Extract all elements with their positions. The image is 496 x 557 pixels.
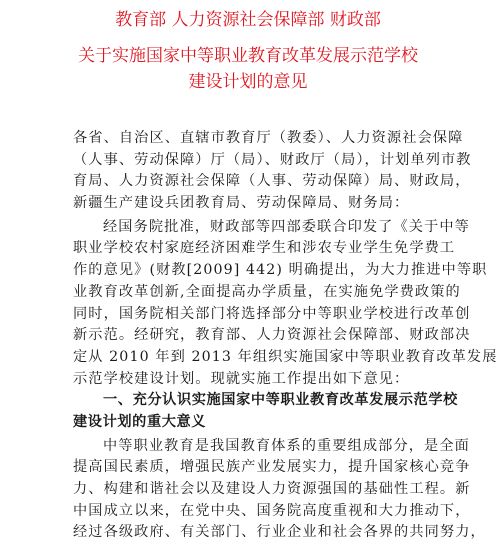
paragraph-intro: 经国务院批准，财政部等四部委联合印发了《关于中等 职业学校农村家庭经济困难学生和… bbox=[73, 217, 425, 391]
document-title-line-1: 关于实施国家中等职业教育改革发展示范学校 bbox=[0, 46, 496, 66]
paragraph-line: 提高国民素质，增强民族产业发展实力，提升国家核心竞争 bbox=[73, 457, 425, 479]
paragraph-line: 中等职业教育是我国教育体系的重要组成部分，是全面 bbox=[73, 436, 425, 458]
addressee-line: 各省、自治区、直辖市教育厅（教委）、人力资源社会保障 bbox=[73, 128, 425, 150]
addressee-block: 各省、自治区、直辖市教育厅（教委）、人力资源社会保障 （人事、劳动保障）厅（局）… bbox=[73, 128, 425, 215]
document-title-line-2: 建设计划的意见 bbox=[0, 72, 496, 92]
paragraph-line: 中国成立以来，在党中央、国务院高度重视和大力推动下， bbox=[73, 501, 425, 523]
paragraph-line: 定从 2010 年到 2013 年组织实施国家中等职业教育改革发展 bbox=[73, 347, 425, 369]
document-body: 各省、自治区、直辖市教育厅（教委）、人力资源社会保障 （人事、劳动保障）厅（局）… bbox=[73, 128, 425, 544]
paragraph-line: 示范学校建设计划。现就实施工作提出如下意见： bbox=[73, 369, 425, 391]
section-heading: 一、充分认识实施国家中等职业教育改革发展示范学校 bbox=[73, 390, 425, 412]
section-heading: 建设计划的重大意义 bbox=[73, 412, 425, 434]
paragraph-line: 业教育改革创新,全面提高办学质量，在实施免学费政策的 bbox=[73, 282, 425, 304]
paragraph-line: 新示范。经研究，教育部、人力资源社会保障部、财政部决 bbox=[73, 325, 425, 347]
paragraph-line: 职业学校农村家庭经济困难学生和涉农专业学生免学费工 bbox=[73, 238, 425, 260]
section-1: 一、充分认识实施国家中等职业教育改革发展示范学校 建设计划的重大意义 中等职业教… bbox=[73, 390, 425, 544]
addressee-line: （人事、劳动保障）厅（局）、财政厅（局），计划单列市教 bbox=[73, 150, 425, 172]
paragraph-line: 作的意见》(财教[2009] 442) 明确提出，为大力推进中等职 bbox=[73, 260, 425, 282]
paragraph-line: 力、构建和谐社会以及建设人力资源强国的基础性工程。新 bbox=[73, 479, 425, 501]
addressee-line: 新疆生产建设兵团教育局、劳动保障局、财务局： bbox=[73, 193, 425, 215]
addressee-line: 育局、人力资源社会保障（人事、劳动保障）局、财政局， bbox=[73, 171, 425, 193]
paragraph-line: 经过各级政府、有关部门、行业企业和社会各界的共同努力， bbox=[73, 522, 425, 544]
paragraph-line: 同时，国务院相关部门将选择部分中等职业学校进行改革创 bbox=[73, 304, 425, 326]
paragraph-line: 经国务院批准，财政部等四部委联合印发了《关于中等 bbox=[73, 217, 425, 239]
issuing-departments: 教育部 人力资源社会保障部 财政部 bbox=[0, 10, 496, 30]
